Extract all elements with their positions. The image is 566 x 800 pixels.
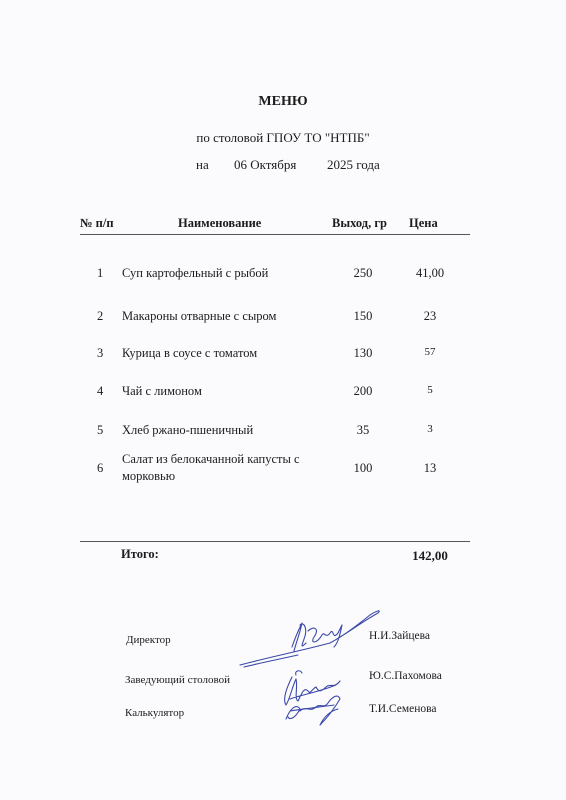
row-price: 3 <box>400 423 460 435</box>
row-yield: 35 <box>333 423 393 438</box>
row-yield: 200 <box>333 384 393 399</box>
row-yield: 100 <box>333 461 393 476</box>
row-price: 57 <box>400 346 460 358</box>
total-value: 142,00 <box>400 548 460 564</box>
date-year: 2025 года <box>327 157 380 173</box>
handwritten-signatures-icon <box>230 595 380 730</box>
signer-role: Заведующий столовой <box>125 674 230 686</box>
row-price: 13 <box>400 461 460 476</box>
row-price: 41,00 <box>400 266 460 281</box>
row-name: Чай с лимоном <box>122 384 202 399</box>
date-day: 06 Октября <box>234 157 296 173</box>
document-subtitle: по столовой ГПОУ ТО "НТПБ" <box>0 130 566 146</box>
row-name: Макароны отварные с сыром <box>122 309 276 324</box>
total-rule <box>80 541 470 542</box>
row-name-line2: морковью <box>122 469 175 484</box>
row-name: Суп картофельный с рыбой <box>122 266 268 281</box>
row-yield: 130 <box>333 346 393 361</box>
row-name: Курица в соусе с томатом <box>122 346 257 361</box>
header-num: № п/п <box>80 216 114 231</box>
date-prefix: на <box>196 157 209 173</box>
row-yield: 150 <box>333 309 393 324</box>
row-price: 23 <box>400 309 460 324</box>
row-num: 5 <box>97 423 117 438</box>
document-title: МЕНЮ <box>0 94 566 110</box>
row-num: 6 <box>97 461 117 476</box>
row-num: 1 <box>97 266 117 281</box>
header-rule <box>80 234 470 235</box>
header-yield: Выход, гр <box>332 216 387 231</box>
header-name: Наименование <box>178 216 261 231</box>
total-label: Итого: <box>121 547 159 562</box>
header-price: Цена <box>409 216 438 231</box>
signer-role: Директор <box>126 634 171 646</box>
row-name-line1: Салат из белокачанной капусты с <box>122 452 300 467</box>
row-num: 4 <box>97 384 117 399</box>
row-num: 3 <box>97 346 117 361</box>
row-name: Хлеб ржано-пшеничный <box>122 423 253 438</box>
row-yield: 250 <box>333 266 393 281</box>
row-num: 2 <box>97 309 117 324</box>
signer-role: Калькулятор <box>125 707 184 719</box>
row-price: 5 <box>400 384 460 396</box>
